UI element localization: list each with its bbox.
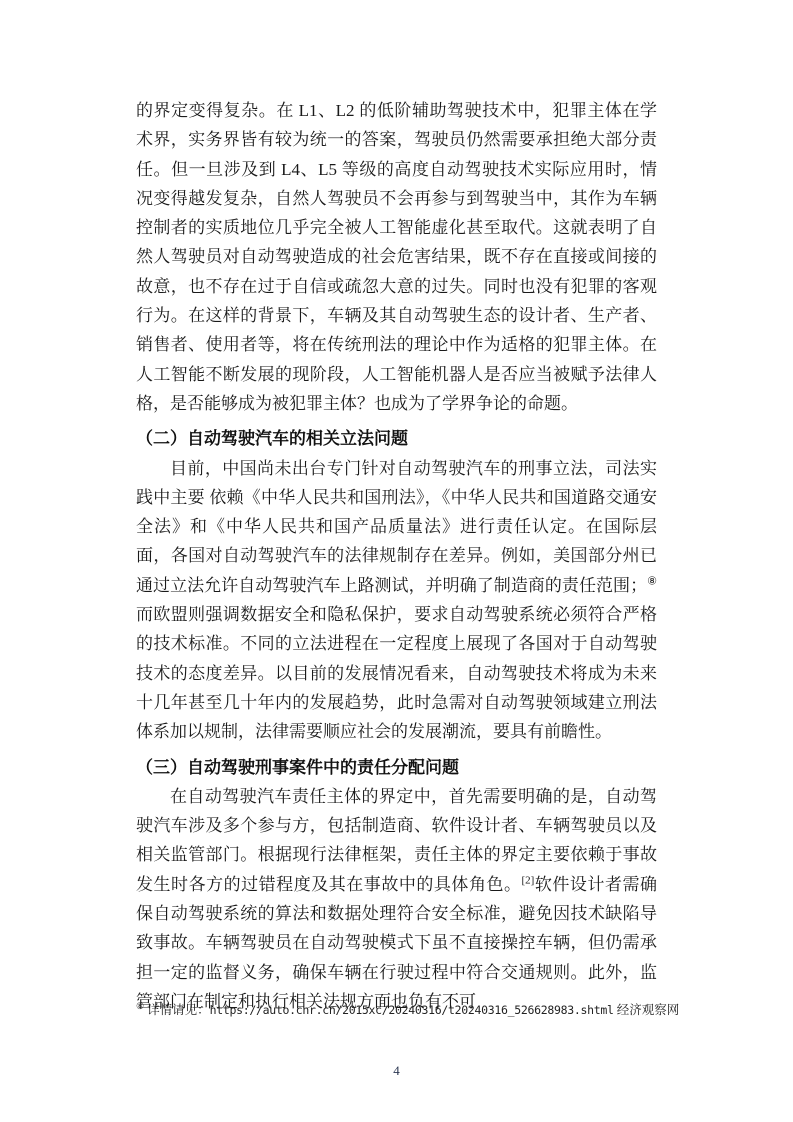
citation-reference: [2] — [522, 874, 535, 886]
paragraph-text: 目前，中国尚未出台专门针对自动驾驶汽车的刑事立法，司法实践中主要 依赖《中华人民… — [136, 459, 657, 595]
document-page: 的界定变得复杂。在 L1、L2 的低阶辅助驾驶技术中，犯罪主体在学术界，实务界皆… — [0, 0, 793, 1122]
paragraph-legislation: 目前，中国尚未出台专门针对自动驾驶汽车的刑事立法，司法实践中主要 依赖《中华人民… — [136, 454, 657, 747]
section-heading-liability: （三）自动驾驶刑事案件中的责任分配问题 — [136, 753, 657, 782]
paragraph-criminal-subject: 的界定变得复杂。在 L1、L2 的低阶辅助驾驶技术中，犯罪主体在学术界，实务界皆… — [136, 96, 657, 418]
page-number: 4 — [0, 1063, 793, 1079]
paragraph-text: 软件设计者需确保自动驾驶系统的算法和数据处理符合安全标准，避免因技术缺陷导致事故… — [136, 875, 657, 1011]
document-body: 的界定变得复杂。在 L1、L2 的低阶辅助驾驶技术中，犯罪主体在学术界，实务界皆… — [136, 96, 657, 1016]
footnote-source: 经济观察网 — [614, 1003, 680, 1017]
footnote-label: 详情请见： — [147, 1003, 210, 1017]
section-heading-legislation: （二）自动驾驶汽车的相关立法问题 — [136, 424, 657, 453]
paragraph-text: 而欧盟则强调数据安全和隐私保护，要求自动驾驶系统必须符合严格的技术标准。不同的立… — [136, 605, 657, 741]
footnote-reference: ⑧ — [647, 575, 657, 587]
paragraph-liability: 在自动驾驶汽车责任主体的界定中，首先需要明确的是，自动驾驶汽车涉及多个参与方，包… — [136, 782, 657, 1016]
footnote-marker: ⑧ — [136, 1001, 144, 1011]
footnote-url: https://auto.cnr.cn/2015xc/20240316/t202… — [210, 1003, 614, 1017]
footnote: ⑧详情请见：https://auto.cnr.cn/2015xc/2024031… — [136, 997, 681, 1019]
